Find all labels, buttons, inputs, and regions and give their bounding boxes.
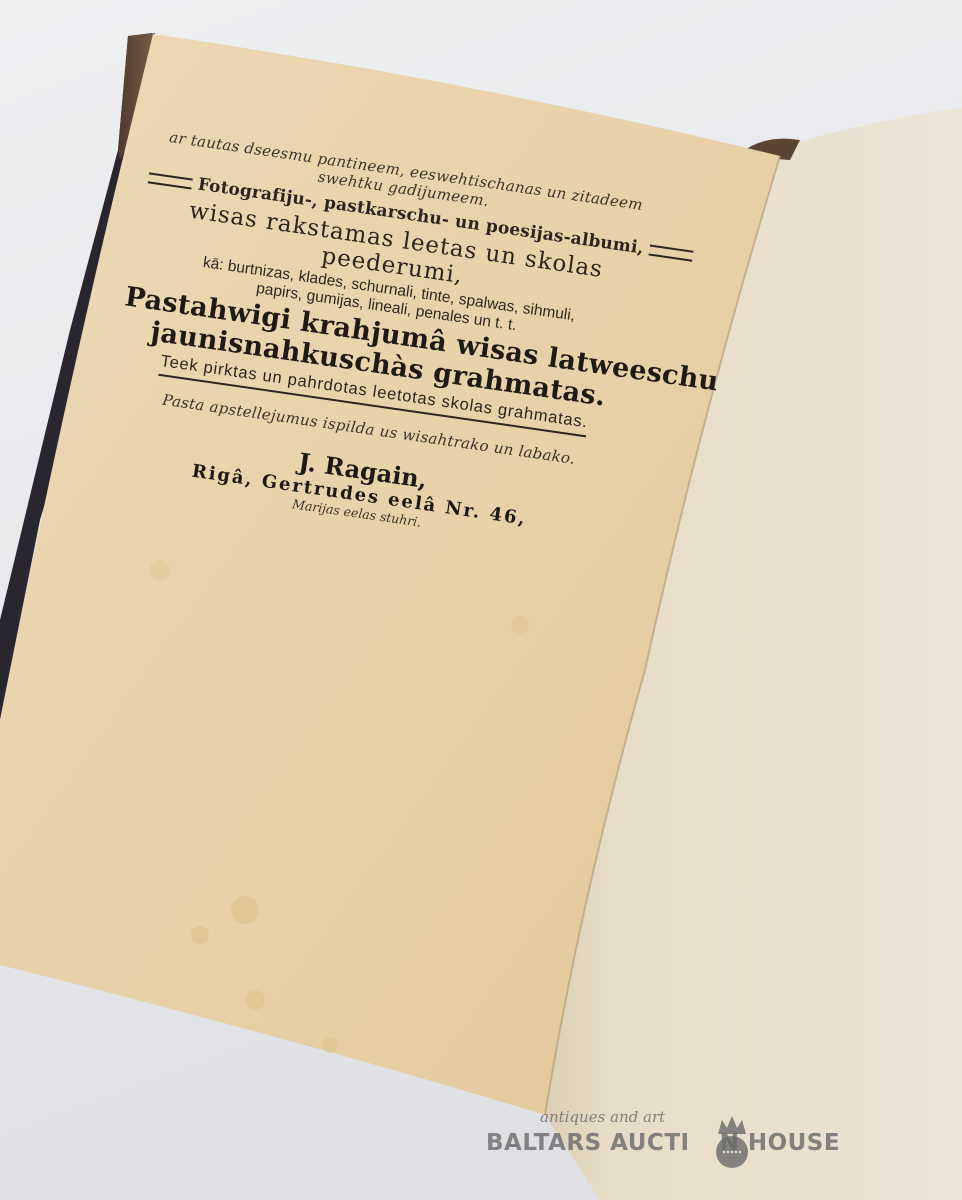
watermark-tagline: antiques and art [540,1108,665,1126]
auction-house-watermark: antiques and art BALTARS AUCTIN HOUSE [486,1108,886,1168]
double-rule-left [148,172,193,189]
advertisement-text: ar tautas dseesmu pantineem, eeswehtisch… [98,125,664,557]
watermark-name-part-1: BALTARS AUCTI [486,1130,690,1156]
watermark-name: BALTARS AUCTIN HOUSE [486,1130,840,1156]
crown-circle-icon [714,1114,750,1170]
